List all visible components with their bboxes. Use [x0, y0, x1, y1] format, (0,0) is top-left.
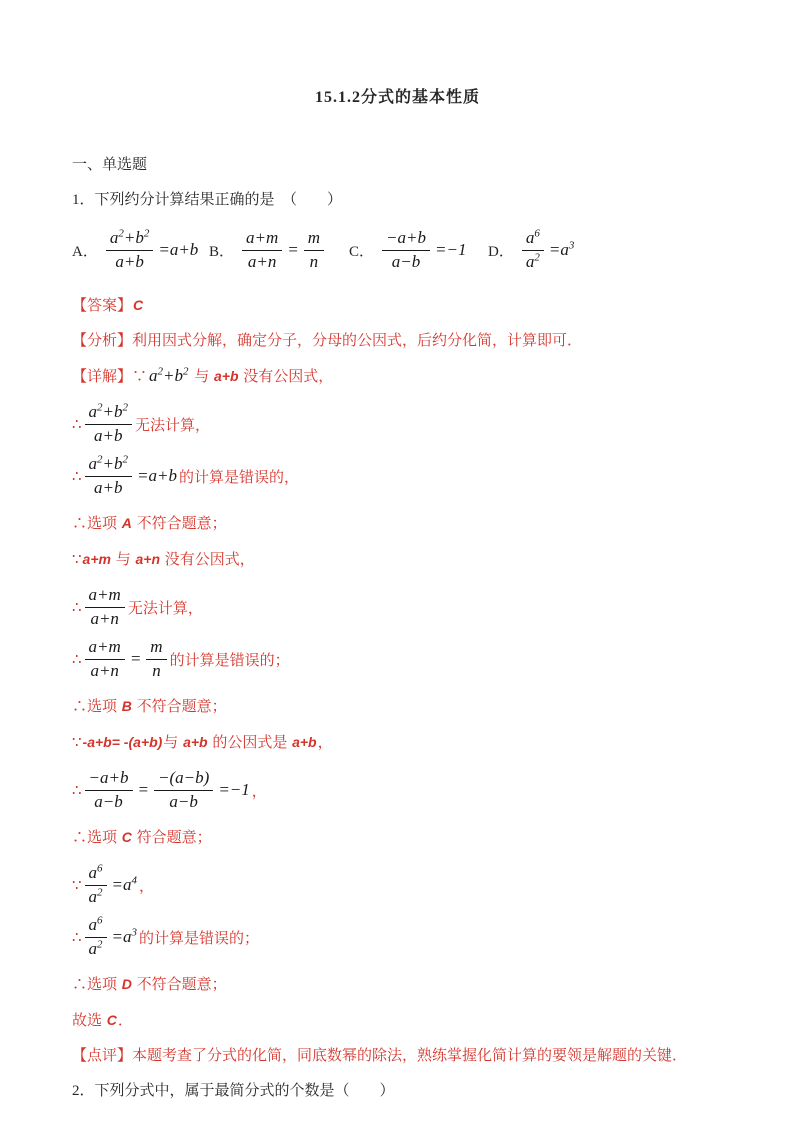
fraction-denominator: n: [306, 251, 323, 272]
fraction: a2+b2a+b: [85, 454, 132, 498]
math-red-inline: a+b: [214, 368, 239, 384]
conclusion: 故选 C．: [72, 1009, 723, 1032]
text-run: ∵: [72, 552, 82, 568]
fraction-denominator: a2: [522, 251, 544, 272]
text-run: 一、单选题: [72, 157, 147, 173]
math-red-inline: A: [122, 515, 132, 531]
detail-line-4: ∴选项 A 不符合题意；: [72, 512, 723, 535]
math-inline: =a+b: [158, 241, 198, 260]
detail-line-2: ∴a2+b2a+b无法计算，: [72, 401, 723, 447]
fraction-numerator: −(a−b): [154, 768, 213, 790]
option-label: C．: [349, 240, 374, 261]
fraction: −a+ba−b: [85, 768, 133, 812]
fraction-denominator: a+n: [86, 660, 122, 681]
text-run: 没有公因式，: [161, 552, 255, 568]
document-page: 15.1.2分式的基本性质 一、单选题1．下列约分计算结果正确的是 （ ）A．a…: [0, 0, 793, 1122]
fraction-numerator: a+m: [85, 637, 125, 659]
text-run: ∵: [72, 735, 82, 751]
fraction: a+ma+n: [85, 585, 125, 629]
fraction-numerator: a6: [522, 228, 544, 250]
text-run: 【分析】利用因式分解，确定分子，分母的公因式，后约分化简，计算即可．: [72, 333, 582, 349]
text-run: 没有公因式，: [240, 369, 334, 385]
text-run: 符合题意；: [133, 830, 212, 846]
fraction-denominator: a+n: [244, 251, 280, 272]
text-run: 不符合题意；: [133, 977, 227, 993]
math-inline: =: [138, 781, 149, 800]
text-run: 的计算是错误的；: [139, 927, 259, 948]
text-run: 【详解】∵: [72, 369, 147, 385]
detail-line-3: ∴a2+b2a+b=a+b的计算是错误的，: [72, 453, 723, 499]
text-run: 不符合题意；: [133, 699, 227, 715]
text-run: ．: [118, 1013, 133, 1029]
math-inline: =a3: [549, 241, 574, 260]
fraction: mn: [146, 637, 166, 681]
fraction: a+ma+n: [242, 228, 282, 272]
fraction-denominator: a−b: [90, 791, 126, 812]
text-run: 故选: [72, 1013, 106, 1029]
text-run: ∴: [72, 650, 82, 669]
detail-line-7: ∴a+ma+n=mn的计算是错误的；: [72, 636, 723, 682]
fraction-numerator: −a+b: [382, 228, 430, 250]
detail-line-14: ∴选项 D 不符合题意；: [72, 973, 723, 996]
detail-line-9: ∵-a+b= -(a+b)与 a+b 的公因式是 a+b，: [72, 731, 723, 754]
fraction-numerator: a+m: [85, 585, 125, 607]
option-item: B．a+ma+n=mn: [209, 228, 349, 272]
math-inline: =−1: [435, 241, 466, 260]
fraction: a2+b2a+b: [85, 402, 132, 446]
detail-line-8: ∴选项 B 不符合题意；: [72, 695, 723, 718]
text-run: 与: [191, 369, 214, 385]
detail-line-12: ∵a6a2=a4，: [72, 862, 723, 908]
math-red-inline: C: [122, 829, 132, 845]
detail-line-6: ∴a+ma+n无法计算，: [72, 584, 723, 630]
math-inline: =: [130, 650, 141, 669]
fraction-denominator: a2: [85, 938, 107, 959]
math-red-inline: -a+b= -(a+b): [83, 734, 163, 750]
math-red-inline: D: [122, 976, 132, 992]
text-run: 无法计算，: [135, 414, 210, 435]
text-run: 1．下列约分计算结果正确的是 （ ）: [72, 192, 342, 208]
fraction: a6a2: [522, 228, 544, 272]
detail-line-5: ∵a+m 与 a+n 没有公因式，: [72, 548, 723, 571]
option-item: D．a6a2=a3: [488, 228, 576, 272]
math-red-inline: a+b: [183, 734, 208, 750]
math-red-inline: a+b: [292, 734, 317, 750]
text-run: 与: [112, 552, 135, 568]
fraction-numerator: a6: [85, 915, 107, 937]
math-inline: a2+b2: [149, 366, 188, 385]
fraction-denominator: a−b: [388, 251, 424, 272]
fraction-denominator: a+b: [90, 425, 126, 446]
fraction-numerator: a2+b2: [106, 228, 153, 250]
fraction-denominator: a+b: [90, 477, 126, 498]
detail-line-13: ∴a6a2=a3的计算是错误的；: [72, 914, 723, 960]
fraction-numerator: a6: [85, 863, 107, 885]
text-run: 2．下列分式中，属于最简分式的个数是（ ）: [72, 1083, 395, 1099]
analysis: 【分析】利用因式分解，确定分子，分母的公因式，后约分化简，计算即可．: [72, 330, 723, 352]
fraction: a2+b2a+b: [106, 228, 153, 272]
text-run: 【点评】本题考查了分式的化简，同底数幂的除法，熟练掌握化简计算的要领是解题的关键…: [72, 1048, 687, 1064]
fraction-numerator: m: [146, 637, 166, 659]
fraction-denominator: a+n: [86, 608, 122, 629]
text-run: ∵: [72, 876, 82, 895]
detail-line-10: ∴−a+ba−b=−(a−b)a−b=−1，: [72, 767, 723, 813]
comment: 【点评】本题考查了分式的化简，同底数幂的除法，熟练掌握化简计算的要领是解题的关键…: [72, 1045, 723, 1067]
text-run: ∴选项: [72, 977, 121, 993]
text-run: ∴选项: [72, 830, 121, 846]
question-2: 2．下列分式中，属于最简分式的个数是（ ）: [72, 1080, 723, 1102]
option-label: A．: [72, 240, 98, 261]
fraction-denominator: a−b: [165, 791, 201, 812]
math-red-inline: B: [122, 698, 132, 714]
fraction: a+ma+n: [85, 637, 125, 681]
text-run: ，: [139, 875, 154, 896]
text-run: ∴选项: [72, 699, 121, 715]
text-run: 的计算是错误的；: [170, 649, 290, 670]
fraction: a6a2: [85, 915, 107, 959]
text-run: 【答案】: [72, 298, 132, 314]
math-inline: =a+b: [137, 467, 177, 486]
math-inline: =−1: [218, 781, 249, 800]
answer: 【答案】C: [72, 294, 723, 317]
fraction-numerator: −a+b: [85, 768, 133, 790]
math-inline: =a3: [112, 928, 137, 947]
detail-line-11: ∴选项 C 符合题意；: [72, 826, 723, 849]
fraction-numerator: m: [304, 228, 324, 250]
text-run: ∴: [72, 781, 82, 800]
fraction: −a+ba−b: [382, 228, 430, 272]
option-label: D．: [488, 240, 514, 261]
text-run: ，: [252, 780, 267, 801]
question-1: 1．下列约分计算结果正确的是 （ ）: [72, 189, 723, 211]
fraction-denominator: a+b: [111, 251, 147, 272]
fraction-denominator: n: [148, 660, 165, 681]
fraction-numerator: a+m: [242, 228, 282, 250]
math-red-inline: C: [133, 297, 143, 313]
text-run: ∴选项: [72, 516, 121, 532]
fraction: −(a−b)a−b: [154, 768, 213, 812]
math-inline: =a4: [112, 876, 137, 895]
text-run: 的计算是错误的，: [179, 466, 299, 487]
text-run: ∴: [72, 467, 82, 486]
math-red-inline: a+n: [135, 551, 160, 567]
fraction-denominator: a2: [85, 886, 107, 907]
text-run: ，: [318, 735, 333, 751]
text-run: 不符合题意；: [133, 516, 227, 532]
document-body: 一、单选题1．下列约分计算结果正确的是 （ ）A．a2+b2a+b=a+bB．a…: [72, 154, 723, 1102]
text-run: ∴: [72, 598, 82, 617]
detail-line-1: 【详解】∵a2+b2 与 a+b 没有公因式，: [72, 365, 723, 388]
section-heading: 一、单选题: [72, 154, 723, 176]
question-1-options: A．a2+b2a+b=a+bB．a+ma+n=mnC．−a+ba−b=−1D．a…: [72, 224, 723, 276]
math-red-inline: C: [107, 1012, 117, 1028]
math-inline: =: [287, 241, 298, 260]
option-item: C．−a+ba−b=−1: [349, 228, 488, 272]
math-red-inline: a+m: [83, 551, 111, 567]
option-label: B．: [209, 240, 234, 261]
fraction-numerator: a2+b2: [85, 454, 132, 476]
text-run: 的公因式是: [209, 735, 292, 751]
option-item: A．a2+b2a+b=a+b: [72, 228, 209, 272]
text-run: 与: [163, 735, 182, 751]
fraction: a6a2: [85, 863, 107, 907]
fraction: mn: [304, 228, 324, 272]
text-run: ∴: [72, 928, 82, 947]
fraction-numerator: a2+b2: [85, 402, 132, 424]
text-run: ∴: [72, 415, 82, 434]
text-run: 无法计算，: [128, 597, 203, 618]
page-title: 15.1.2分式的基本性质: [72, 88, 723, 108]
